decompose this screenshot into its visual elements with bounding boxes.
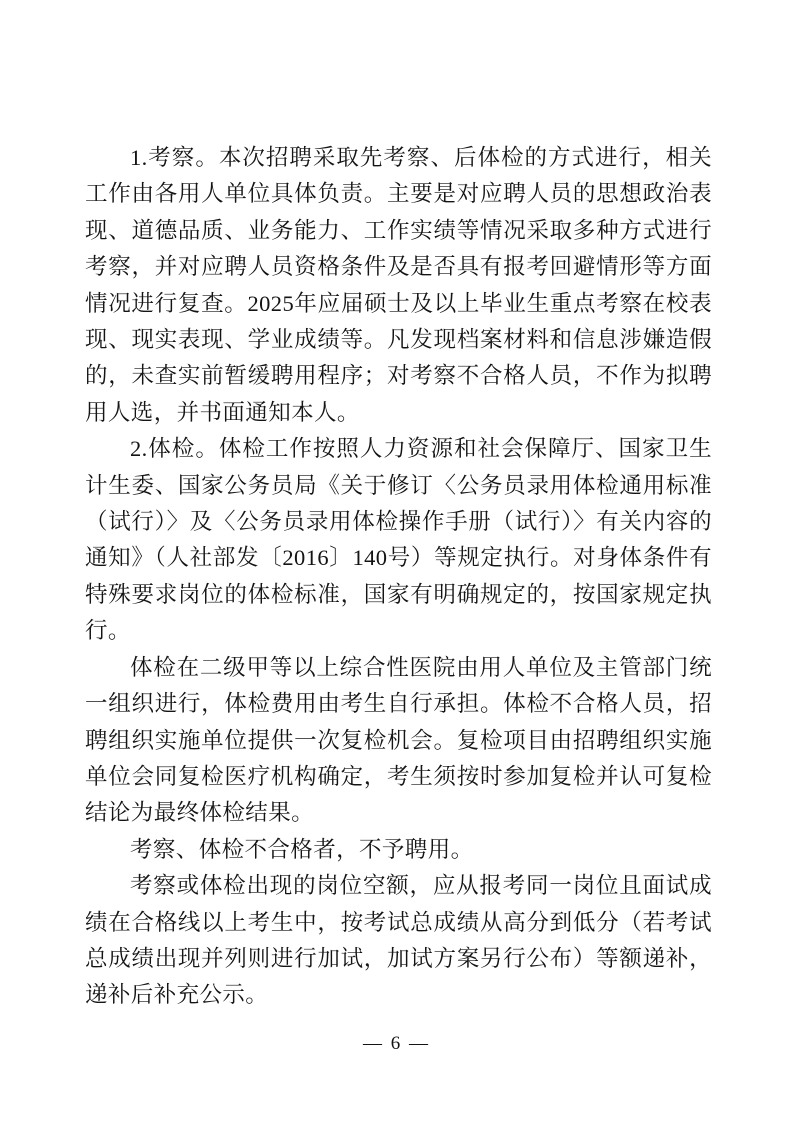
- page-number: — 6 —: [363, 1033, 430, 1054]
- paragraph-inspection: 1.考察。本次招聘采取先考察、后体检的方式进行，相关工作由各用人单位具体负责。主…: [85, 140, 712, 431]
- paragraph-physical-exam: 2.体检。体检工作按照人力资源和社会保障厅、国家卫生计生委、国家公务员局《关于修…: [85, 431, 712, 649]
- paragraph-vacancy-replacement: 考察或体检出现的岗位空额，应从报考同一岗位且面试成绩在合格线以上考生中，按考试总…: [85, 868, 712, 1014]
- page-footer: — 6 —: [0, 1033, 793, 1055]
- paragraph-disqualification: 考察、体检不合格者，不予聘用。: [85, 832, 712, 868]
- document-page: 1.考察。本次招聘采取先考察、后体检的方式进行，相关工作由各用人单位具体负责。主…: [0, 0, 793, 1122]
- document-body: 1.考察。本次招聘采取先考察、后体检的方式进行，相关工作由各用人单位具体负责。主…: [85, 140, 712, 1014]
- paragraph-exam-hospital: 体检在二级甲等以上综合性医院由用人单位及主管部门统一组织进行，体检费用由考生自行…: [85, 650, 712, 832]
